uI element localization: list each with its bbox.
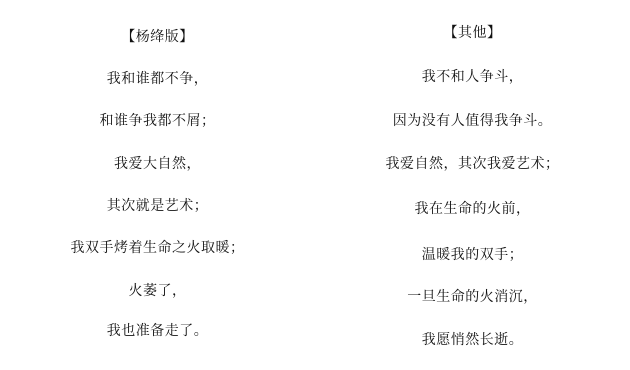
poem-line: 我和谁都不争， xyxy=(0,70,315,88)
column-title: 【杨绛版】 xyxy=(0,28,315,46)
poem-line: 温暖我的双手； xyxy=(315,246,630,264)
poem-line: 我不和人争斗， xyxy=(315,68,630,86)
poem-line: 我爱自然，其次我爱艺术； xyxy=(315,155,630,173)
poem-line: 我愿悄然长逝。 xyxy=(315,331,630,349)
poem-line: 我爱大自然， xyxy=(0,155,315,173)
yang-jiang-version-column: 【杨绛版】 我和谁都不争， 和谁争我都不屑； 我爱大自然， 其次就是艺术； 我双… xyxy=(0,0,315,370)
other-version-column: 【其他】 我不和人争斗， 因为没有人值得我争斗。 我爱自然，其次我爱艺术； 我在… xyxy=(315,0,630,370)
poem-line: 我也准备走了。 xyxy=(0,322,315,340)
poem-line: 因为没有人值得我争斗。 xyxy=(315,112,630,130)
poem-line: 火萎了， xyxy=(0,282,315,300)
poem-line: 我双手烤着生命之火取暖； xyxy=(0,239,315,257)
column-title: 【其他】 xyxy=(315,24,630,42)
poem-line: 一旦生命的火消沉， xyxy=(315,288,630,306)
poem-line: 我在生命的火前， xyxy=(315,200,630,218)
poem-line: 其次就是艺术； xyxy=(0,197,315,215)
poem-line: 和谁争我都不屑； xyxy=(0,112,315,130)
